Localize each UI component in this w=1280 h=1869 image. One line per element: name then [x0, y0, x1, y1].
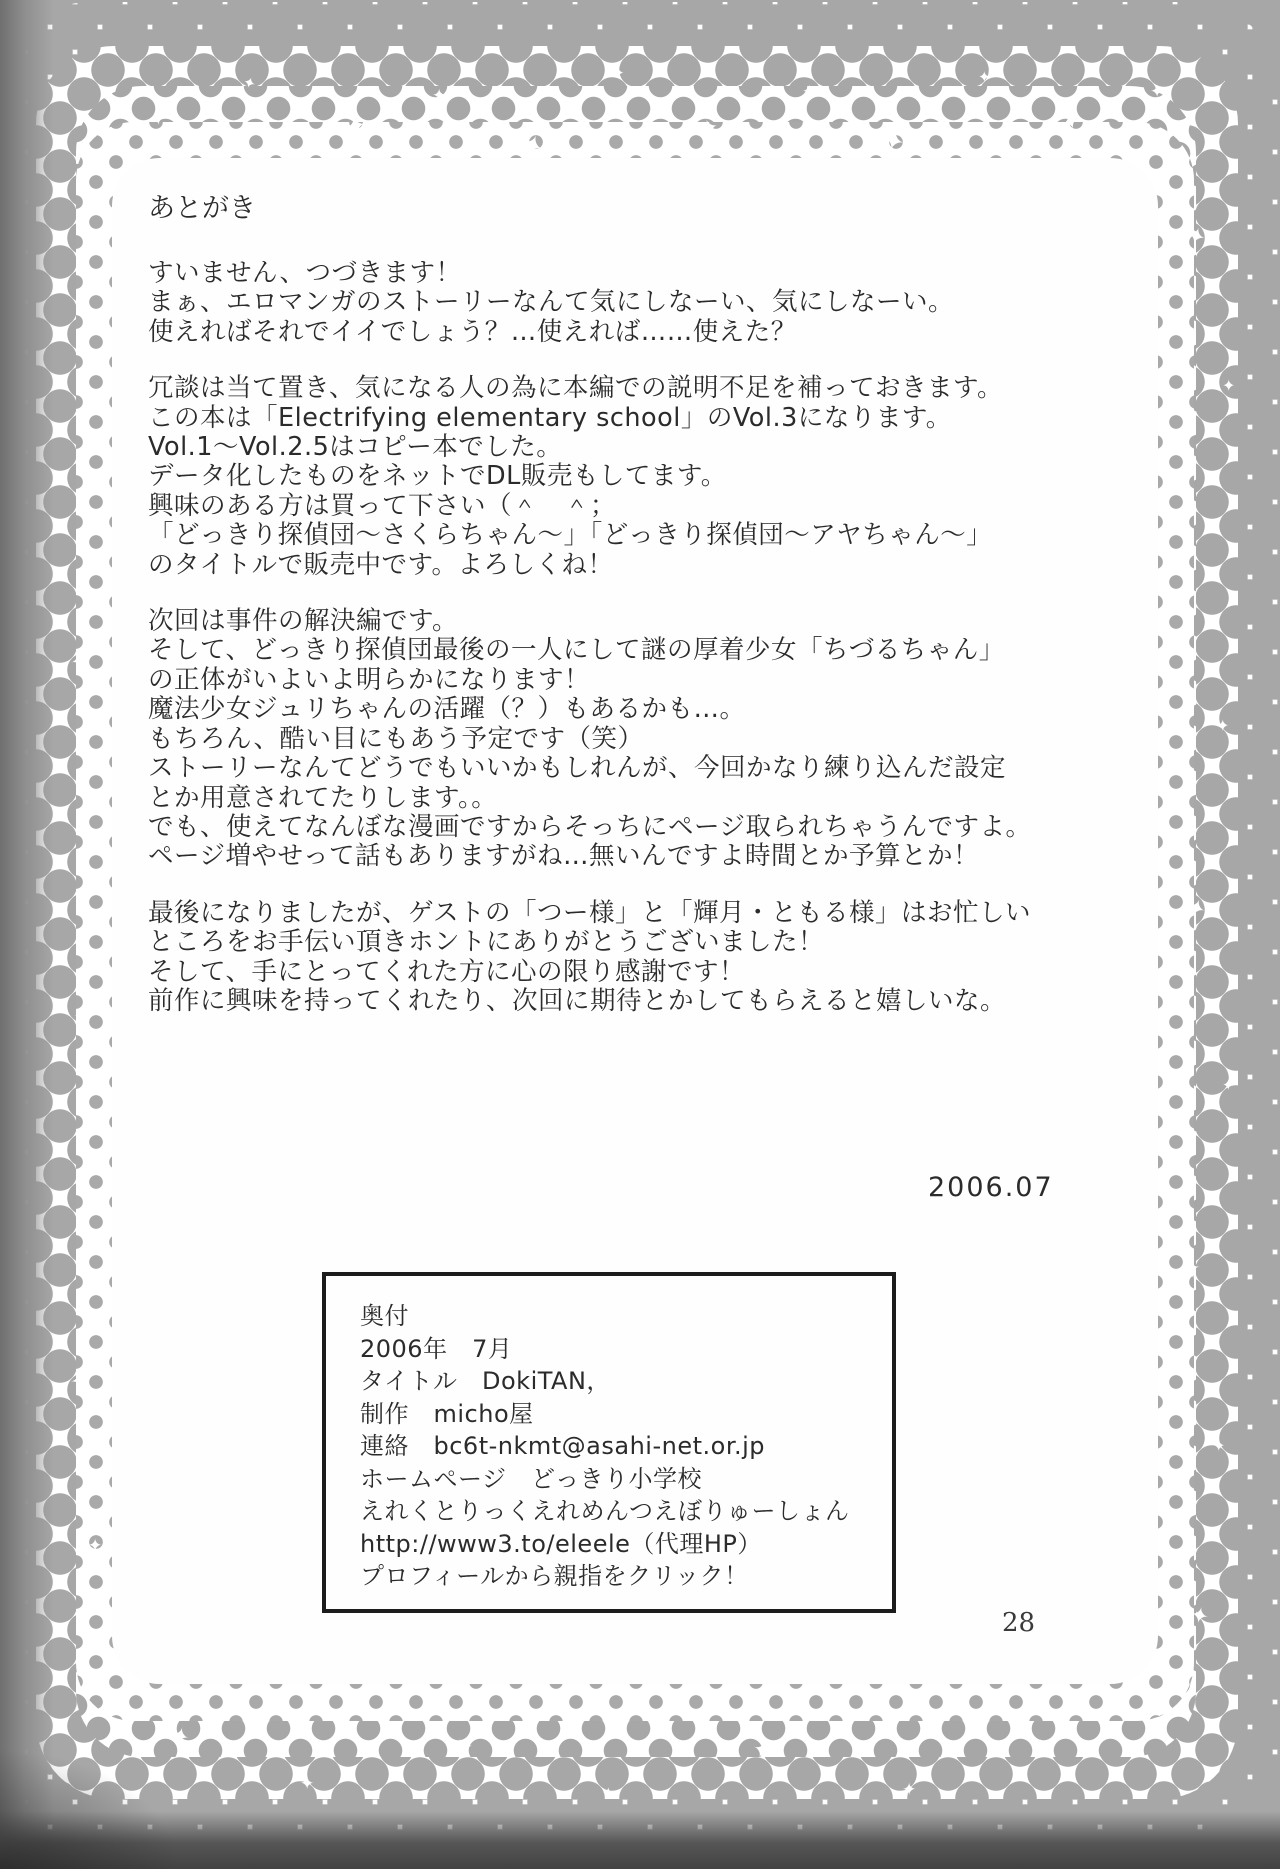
afterword-line: 最後になりましたが、ゲストの「つー様」と「輝月・ともる様」はお忙しい [148, 899, 1148, 928]
afterword-line: 魔法少女ジュリちゃんの活躍（？）もあるかも…。 [148, 695, 1148, 724]
afterword-line: データ化したものをネットでDL販売もしてます。 [148, 462, 1148, 491]
colophon-line: 2006年 7月 [360, 1333, 892, 1366]
afterword-line: ストーリーなんてどうでもいいかもしれんが、今回かなり練り込んだ設定 [148, 754, 1148, 783]
afterword-line: ページ増やせって話もありますがね…無いんですよ時間とか予算とか！ [148, 842, 1148, 871]
page-number: 28 [1002, 1608, 1035, 1638]
afterword-paragraph: 最後になりましたが、ゲストの「つー様」と「輝月・ともる様」はお忙しい ところをお… [148, 899, 1148, 1017]
page-content: あとがき すいません、つづきます！ まぁ、エロマンガのストーリーなんて気にしなー… [0, 0, 1280, 1869]
colophon-line: 連絡 bc6t-nkmt@asahi-net.or.jp [360, 1430, 892, 1463]
afterword-paragraph: 冗談は当て置き、気になる人の為に本編での説明不足を補っておきます。 この本は「E… [148, 374, 1148, 580]
colophon-text: 奥付 2006年 7月 タイトル DokiTAN， 制作 micho屋 連絡 b… [326, 1276, 892, 1593]
colophon-line: タイトル DokiTAN， [360, 1365, 892, 1398]
colophon-line: プロフィールから親指をクリック！ [360, 1560, 892, 1593]
afterword-line: 興味のある方は買って下さい（＾ ＾； [148, 492, 1148, 521]
afterword-line: のタイトルで販売中です。よろしくね！ [148, 551, 1148, 580]
afterword-line: 使えればそれでイイでしょう？…使えれば……使えた？ [148, 318, 1148, 347]
afterword-line: そして、どっきり探偵団最後の一人にして謎の厚着少女「ちづるちゃん」 [148, 636, 1148, 665]
colophon-box: 奥付 2006年 7月 タイトル DokiTAN， 制作 micho屋 連絡 b… [322, 1272, 896, 1613]
afterword-line: まぁ、エロマンガのストーリーなんて気にしなーい、気にしなーい。 [148, 288, 1148, 317]
afterword-line: 「どっきり探偵団～さくらちゃん～」「どっきり探偵団～アヤちゃん～」 [148, 521, 1148, 550]
afterword-line: の正体がいよいよ明らかになります！ [148, 666, 1148, 695]
afterword-line: ところをお手伝い頂きホントにありがとうございました！ [148, 928, 1148, 957]
afterword-line: とか用意されてたりします。。 [148, 784, 1148, 813]
colophon-line: 奥付 [360, 1300, 892, 1333]
afterword-line: そして、手にとってくれた方に心の限り感謝です！ [148, 958, 1148, 987]
colophon-line: ホームページ どっきり小学校 [360, 1463, 892, 1496]
colophon-line: 制作 micho屋 [360, 1398, 892, 1431]
afterword-line: 冗談は当て置き、気になる人の為に本編での説明不足を補っておきます。 [148, 374, 1148, 403]
afterword-paragraph: 次回は事件の解決編です。 そして、どっきり探偵団最後の一人にして謎の厚着少女「ち… [148, 607, 1148, 872]
afterword-line: 前作に興味を持ってくれたり、次回に期待とかしてもらえると嬉しいな。 [148, 987, 1148, 1016]
date-stamp: 2006.07 [928, 1172, 1054, 1203]
afterword-line: もちろん、酷い目にもあう予定です（笑） [148, 725, 1148, 754]
afterword-text: あとがき すいません、つづきます！ まぁ、エロマンガのストーリーなんて気にしなー… [148, 186, 1148, 1043]
afterword-line: 次回は事件の解決編です。 [148, 607, 1148, 636]
afterword-heading: あとがき [148, 186, 1148, 225]
afterword-line: Vol.1～Vol.2.5はコピー本でした。 [148, 433, 1148, 462]
afterword-line: でも、使えてなんぼな漫画ですからそっちにページ取られちゃうんですよ。 [148, 813, 1148, 842]
afterword-line: この本は「Electrifying elementary school」のVol… [148, 404, 1148, 433]
afterword-line: すいません、つづきます！ [148, 259, 1148, 288]
afterword-paragraph: すいません、つづきます！ まぁ、エロマンガのストーリーなんて気にしなーい、気にし… [148, 259, 1148, 347]
colophon-line: http://www3.to/eleele（代理HP） [360, 1528, 892, 1561]
colophon-line: えれくとりっくえれめんつえぼりゅーしょん [360, 1495, 892, 1528]
